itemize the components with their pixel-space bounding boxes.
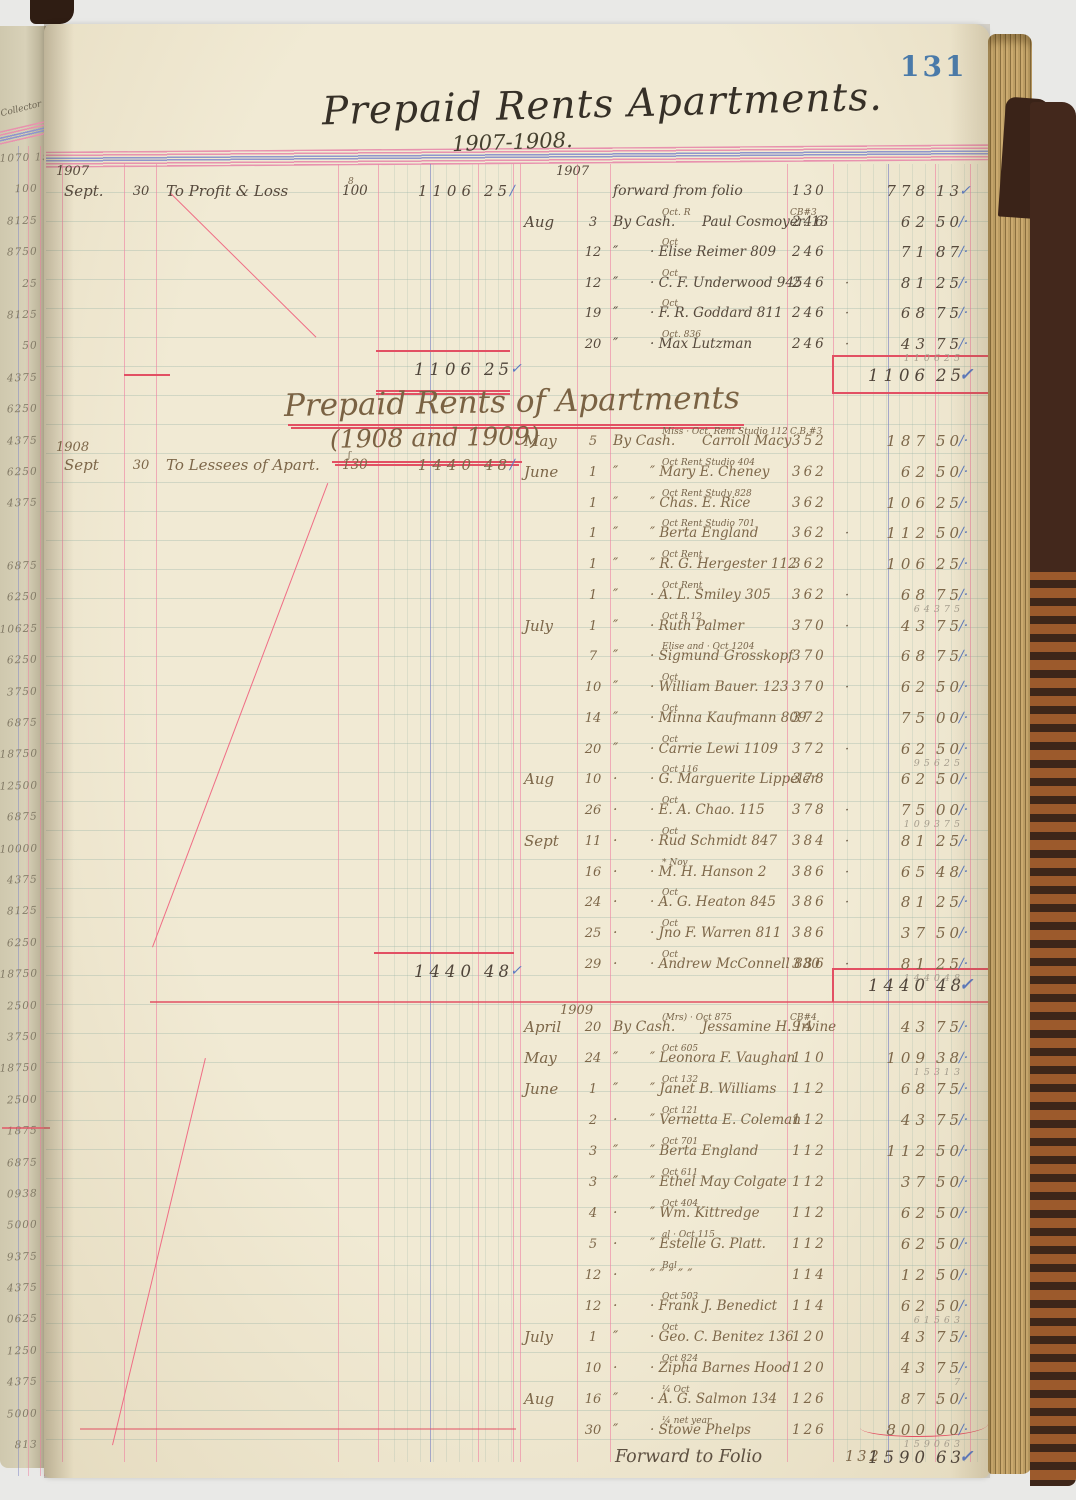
page-number: 131 [900, 50, 967, 83]
ledger-row: 24 · Oct · A. G. Heaton 845 386 · 81 25 … [0, 893, 1076, 924]
ledger-photo: Collector No. 1070 151008125875025812550… [0, 0, 1076, 1500]
credit-entries-1909: April 20 By Cash. (Mrs) · Oct 875 CB#4 J… [0, 1018, 1076, 1452]
pencil-running-total: 7 [856, 1375, 964, 1390]
entry-month: Aug [524, 1392, 578, 1407]
entry-day: 1 [580, 1082, 606, 1097]
check-mark: ✓ [959, 978, 985, 993]
amount-dollars: 68 [856, 1082, 930, 1097]
ledger-row: 1 ″ Oct Rent Study 828 ″ Chas. E. Rice 3… [0, 494, 1076, 525]
entry-folio-ref: 246 [792, 276, 832, 291]
amount-dollars: 68 [856, 588, 930, 603]
entry-by: · [613, 1237, 617, 1252]
ledger-row: 1 ″ Oct Rent · A. L. Smiley 305 362 · 68… [0, 586, 1076, 617]
entry-folio-ref: 362 [792, 557, 832, 572]
amount-dollars: 75 [856, 803, 930, 818]
ledger-row: 10 · Oct 824 · Zipha Barnes Hood 120 43 … [0, 1359, 1076, 1390]
entry-by: · [613, 1113, 617, 1128]
entry-day: 30 [580, 1423, 606, 1438]
check-mark: ∕· [959, 1082, 985, 1097]
entry-day: 20 [580, 1020, 606, 1035]
ledger-row: 1440 48 ✓ [0, 976, 1076, 1007]
amount-dollars: 81 [856, 276, 930, 291]
entry-folio-ref: 94 [792, 1020, 832, 1035]
check-mark: ∕· [959, 306, 985, 321]
entry-name: · E. A. Chao. 115 [650, 803, 765, 818]
amount-dollars: 71 [856, 245, 930, 260]
check-mark: ∕· [959, 557, 985, 572]
entry-month: May [524, 1051, 578, 1066]
entry-name: · F. R. Goddard 811 [650, 306, 783, 321]
ledger-row: Aug 16 ″ ¼ Oct · A. G. Salmon 134 126 87… [0, 1390, 1076, 1421]
check-mark: ∕· [959, 434, 985, 449]
check-mark: ∕· [959, 337, 985, 352]
entry-name: · Frank J. Benedict [650, 1299, 777, 1314]
amount-dollars: 112 [856, 526, 930, 541]
entry-folio-ref: 110 [792, 1051, 832, 1066]
entry-by: · [613, 803, 617, 818]
check-mark: ∕· [959, 803, 985, 818]
entry-by: ″ [613, 276, 618, 291]
amount-dollars: 43 [856, 337, 930, 352]
pencil-running-total: 109375 [856, 817, 964, 832]
ledger-row: forward from folio 130 778 13 ✓ [0, 182, 1076, 213]
entry-folio-ref: 130 [792, 184, 832, 199]
check-mark: ∕· [959, 1020, 985, 1035]
entry-name: ″ R. G. Hergester 112 [650, 557, 797, 572]
entry-folio-ref: 112 [792, 1144, 832, 1159]
entry-folio-ref: 112 [792, 1082, 832, 1097]
entry-day: 5 [580, 434, 606, 449]
check-mark: ∕· [959, 526, 985, 541]
entry-month: Aug [524, 772, 578, 787]
entry-day: 3 [580, 1144, 606, 1159]
entry-day: 16 [580, 1392, 606, 1407]
ledger-row: 1 ″ Oct Rent Studio 701 ″ Berta England … [0, 524, 1076, 555]
check-mark: ✓ [959, 184, 985, 199]
ledger-row: May 5 By Cash. Miss · Oct. Rent Studio 1… [0, 432, 1076, 463]
entry-folio-ref: 372 [792, 711, 832, 726]
entry-day: 26 [580, 803, 606, 818]
ledger-row: 12 ″ Oct · Elise Reimer 809 246 71 87 ∕· [0, 243, 1076, 274]
entry-month: July [524, 1330, 578, 1345]
entry-day: 1 [580, 465, 606, 480]
entry-by: ″ [613, 680, 618, 695]
amount-dollars: 1440 [846, 978, 930, 993]
entry-folio-ref: 386 [792, 926, 832, 941]
entry-folio-ref: 386 [792, 895, 832, 910]
amount-dollars: 65 [856, 865, 930, 880]
entry-name: · M. H. Hanson 2 [650, 865, 767, 880]
entry-name: · A. G. Heaton 845 [650, 895, 776, 910]
ledger-row: 3 ″ Oct 701 ″ Berta England 112 112 50 ∕… [0, 1142, 1076, 1173]
forward-row: Forward to Folio 132 1590 63 ✓ [0, 1448, 1076, 1479]
entry-by: ″ [613, 649, 618, 664]
entry-folio-ref: 362 [792, 526, 832, 541]
amount-dollars: 62 [856, 465, 930, 480]
pencil-running-total: 95625 [856, 756, 964, 771]
entry-name: · A. G. Salmon 134 [650, 1392, 777, 1407]
check-mark: ∕· [959, 215, 985, 230]
entry-folio-ref: 112 [792, 1113, 832, 1128]
entry-by: · [613, 772, 617, 787]
check-mark: ∕· [959, 1299, 985, 1314]
ledger-row: 7 ″ Elise and · Oct 1204 · Sigmund Gross… [0, 647, 1076, 678]
ledger-row: 26 · Oct · E. A. Chao. 115 378 · 75 00 ∕… [0, 801, 1076, 832]
entry-name: · Rud Schmidt 847 [650, 834, 777, 849]
entry-month: Aug [524, 215, 578, 230]
check-mark: ∕· [959, 1268, 985, 1283]
ledger-row: 19 ″ Oct · F. R. Goddard 811 246 · 68 75… [0, 304, 1076, 335]
entry-month: Sept [524, 834, 578, 849]
entry-by: forward from folio [613, 184, 743, 199]
ledger-row: Aug 10 · Oct 116 · G. Marguerite Lippele… [0, 770, 1076, 801]
entry-by: ″ [613, 306, 618, 321]
entry-name: ″ Mary E. Cheney [650, 465, 769, 480]
entry-by: ″ [613, 245, 618, 260]
entry-month: June [524, 465, 578, 480]
credit-entries-1907: forward from folio 130 778 13 ✓ Aug 3 By… [0, 182, 1076, 366]
amount-dollars: 106 [856, 557, 930, 572]
entry-month: July [524, 619, 578, 634]
entry-name: ″ Berta England [650, 526, 758, 541]
check-mark: ∕· [959, 834, 985, 849]
ledger-row: Forward to Folio 132 1590 63 ✓ [0, 1448, 1076, 1479]
entry-day: 1 [580, 619, 606, 634]
entry-day: 10 [580, 1361, 606, 1376]
entry-name: · A. L. Smiley 305 [650, 588, 771, 603]
check-mark: ∕· [959, 1175, 985, 1190]
amount-dollars: 1590 [846, 1450, 930, 1465]
entry-by: · [613, 895, 617, 910]
entry-by: · [613, 1299, 617, 1314]
entry-day: 16 [580, 865, 606, 880]
entry-day: 3 [580, 1175, 606, 1190]
entry-folio-ref: 362 [792, 588, 832, 603]
credit-total-1907: 1106 25 ✓ [0, 366, 1076, 397]
entry-folio-ref: 378 [792, 772, 832, 787]
entry-name: · Max Lutzman [650, 337, 752, 352]
entry-folio-ref: 386 [792, 865, 832, 880]
entry-day: 4 [580, 1206, 606, 1221]
check-mark: ∕· [959, 1392, 985, 1407]
pencil-running-total: 15313 [856, 1065, 964, 1080]
entry-by: ″ [613, 1082, 618, 1097]
entry-folio-ref: 112 [792, 1237, 832, 1252]
entry-name: ″ Wm. Kittredge [650, 1206, 760, 1221]
entry-name: · Carrie Lewi 1109 [650, 742, 778, 757]
entry-day: 1 [580, 557, 606, 572]
entry-day: 11 [580, 834, 606, 849]
amount-dollars: 62 [856, 215, 930, 230]
amount-dollars: 43 [856, 1330, 930, 1345]
entry-name: · Jno F. Warren 811 [650, 926, 781, 941]
check-mark: ∕· [959, 772, 985, 787]
ledger-row: 25 · Oct · Jno F. Warren 811 386 37 50 ∕… [0, 924, 1076, 955]
ledger-row: 1106 25 ✓ [0, 366, 1076, 397]
entry-folio-ref: 352 [792, 434, 832, 449]
entry-folio-ref: 246 [792, 245, 832, 260]
check-mark: ∕· [959, 1113, 985, 1128]
ledger-row: July 1 ″ Oct R 12 · Ruth Palmer 370 · 43… [0, 617, 1076, 648]
ledger-row: 4 · Oct 404 ″ Wm. Kittredge 112 62 50 ∕· [0, 1204, 1076, 1235]
entry-folio-ref: 370 [792, 649, 832, 664]
amount-dollars: 62 [856, 1237, 930, 1252]
entry-name: · C. F. Underwood 945 [650, 276, 803, 291]
entry-folio-ref: 362 [792, 465, 832, 480]
entry-day: 3 [580, 215, 606, 230]
entry-by: · [613, 1206, 617, 1221]
entry-folio-ref: 372 [792, 742, 832, 757]
book-spine-top [30, 0, 74, 24]
entry-by: ″ [613, 1175, 618, 1190]
entry-by: · [613, 1361, 617, 1376]
amount-dollars: 12 [856, 1268, 930, 1283]
entry-by: ″ [613, 1144, 618, 1159]
entry-name: ″ Ethel May Colgate [650, 1175, 787, 1190]
check-mark: ∕· [959, 1237, 985, 1252]
ledger-row: June 1 ″ Oct 132 ″ Janet B. Williams 112… [0, 1080, 1076, 1111]
ledger-row: 10 ″ Oct · William Bauer. 123 370 · 62 5… [0, 678, 1076, 709]
entry-by: ″ [613, 1423, 618, 1438]
amount-dollars: 109 [856, 1051, 930, 1066]
entry-folio-ref: 246 [792, 306, 832, 321]
amount-dollars: 81 [856, 895, 930, 910]
year-label: 1907 [56, 164, 89, 179]
entry-name: · Geo. C. Benitez 136 [650, 1330, 794, 1345]
check-mark: ∕· [959, 465, 985, 480]
check-mark: ∕· [959, 926, 985, 941]
amount-dollars: 68 [856, 306, 930, 321]
entry-by: ″ [613, 1051, 618, 1066]
entry-name: ″ Leonora F. Vaughan [650, 1051, 795, 1066]
entry-by: ″ [613, 742, 618, 757]
ledger-row: 12 · Bal ″ ″ ″ ″ ″ 114 12 50 ∕· [0, 1266, 1076, 1297]
ledger-row: 12 · Oct 503 · Frank J. Benedict 114 62 … [0, 1297, 1076, 1328]
entry-day: 12 [580, 245, 606, 260]
entry-name: ″ ″ ″ ″ ″ [650, 1268, 692, 1283]
amount-dollars: 62 [856, 772, 930, 787]
entry-day: 12 [580, 276, 606, 291]
amount-dollars: 112 [856, 1144, 930, 1159]
amount-dollars: 81 [856, 834, 930, 849]
pencil-running-total: 61563 [856, 1313, 964, 1328]
entry-by: Forward to Folio [615, 1450, 762, 1465]
entry-month: June [524, 1082, 578, 1097]
entry-folio-ref: 378 [792, 803, 832, 818]
entry-folio-ref: 112 [792, 1206, 832, 1221]
check-mark: ∕· [959, 496, 985, 511]
entry-folio-ref: 114 [792, 1299, 832, 1314]
amount-dollars: 62 [856, 1299, 930, 1314]
check-mark: ∕· [959, 619, 985, 634]
ledger-row: 5 · al · Oct 115 ″ Estelle G. Platt. 112… [0, 1235, 1076, 1266]
entry-name: ″ Janet B. Williams [650, 1082, 776, 1097]
year-label: 1907 [556, 164, 589, 179]
entry-day: 24 [580, 895, 606, 910]
entry-name: ″ Estelle G. Platt. [650, 1237, 766, 1252]
amount-dollars: 75 [856, 711, 930, 726]
entry-by: ″ [613, 711, 618, 726]
entry-folio-ref: 114 [792, 1268, 832, 1283]
entry-day: 1 [580, 496, 606, 511]
amount-dollars: 778 [856, 184, 930, 199]
ledger-row: 14 ″ Oct · Minna Kaufmann 809 372 75 00 … [0, 709, 1076, 740]
check-mark: ∕· [959, 1330, 985, 1345]
check-mark: ∕· [959, 245, 985, 260]
entry-by: · [613, 834, 617, 849]
entry-day: 5 [580, 1237, 606, 1252]
check-mark: ∕· [959, 1051, 985, 1066]
check-mark: ∕· [959, 649, 985, 664]
check-mark: ∕· [959, 588, 985, 603]
amount-dollars: 87 [856, 1392, 930, 1407]
entry-folio-ref: 126 [792, 1423, 832, 1438]
entry-by: · [613, 926, 617, 941]
amount-dollars: 43 [856, 1361, 930, 1376]
credit-entries-1908: May 5 By Cash. Miss · Oct. Rent Studio 1… [0, 432, 1076, 986]
entry-name: Carroll Macy [702, 434, 791, 449]
ledger-row: Aug 3 By Cash. Oct. R CB#3 Paul Cosmoyer… [0, 213, 1076, 244]
check-mark: ∕· [959, 865, 985, 880]
ledger-row: 16 · * Nov · M. H. Hanson 2 386 · 65 48 … [0, 863, 1076, 894]
check-mark: ∕· [959, 1423, 985, 1438]
ledger-row: 2 · Oct 121 ″ Vernetta E. Coleman 112 43… [0, 1111, 1076, 1142]
entry-folio-ref: 370 [792, 680, 832, 695]
entry-name: · Zipha Barnes Hood [650, 1361, 791, 1376]
entry-by: ″ [613, 619, 618, 634]
check-mark: ∕· [959, 680, 985, 695]
entry-annotation: Oct. R [662, 206, 691, 221]
check-mark: ∕· [959, 1144, 985, 1159]
entry-name: ″ Vernetta E. Coleman [650, 1113, 801, 1128]
entry-by: ″ [613, 588, 618, 603]
check-mark: ✓ [959, 368, 985, 383]
entry-by: ″ [613, 557, 618, 572]
amount-dollars: 43 [856, 1020, 930, 1035]
entry-name: ″ Chas. E. Rice [650, 496, 750, 511]
amount-dollars: 187 [856, 434, 930, 449]
entry-by: · [613, 1268, 617, 1283]
entry-folio-ref: 120 [792, 1361, 832, 1376]
ledger-row: April 20 By Cash. (Mrs) · Oct 875 CB#4 J… [0, 1018, 1076, 1049]
entry-by: ″ [613, 1392, 618, 1407]
entry-day: 20 [580, 742, 606, 757]
entry-day: 20 [580, 337, 606, 352]
entry-folio-ref: 112 [792, 1175, 832, 1190]
entry-folio-ref: 370 [792, 619, 832, 634]
amount-dollars: 43 [856, 1113, 930, 1128]
entry-folio-ref: 246 [792, 337, 832, 352]
entry-month: May [524, 434, 578, 449]
entry-by: ″ [613, 337, 618, 352]
entry-by: ″ [613, 526, 618, 541]
entry-name: · Stowe Phelps [650, 1423, 751, 1438]
entry-day: 1 [580, 1330, 606, 1345]
entry-folio-ref: 126 [792, 1392, 832, 1407]
entry-day: 19 [580, 306, 606, 321]
entry-day: 12 [580, 1299, 606, 1314]
entry-name: · Sigmund Grosskopf [650, 649, 793, 664]
amount-dollars: 800 [856, 1423, 930, 1438]
entry-by: ″ [613, 465, 618, 480]
entry-day: 12 [580, 1268, 606, 1283]
entry-name: · William Bauer. 123 [650, 680, 789, 695]
check-mark: ∕· [959, 742, 985, 757]
entry-folio-ref: 362 [792, 496, 832, 511]
ledger-row: 1 ″ Oct Rent ″ R. G. Hergester 112 362 1… [0, 555, 1076, 586]
entry-day: 2 [580, 1113, 606, 1128]
entry-day: 24 [580, 1051, 606, 1066]
entry-day: 14 [580, 711, 606, 726]
ledger-row: 20 ″ Oct · Carrie Lewi 1109 372 · 62 50 … [0, 740, 1076, 771]
amount-dollars: 1106 [846, 368, 930, 383]
check-mark: ∕· [959, 1361, 985, 1376]
pencil-running-total: 64375 [856, 602, 964, 617]
amount-dollars: 43 [856, 619, 930, 634]
ledger-row: 12 ″ Oct · C. F. Underwood 945 246 · 81 … [0, 274, 1076, 305]
entry-name: · Ruth Palmer [650, 619, 744, 634]
entry-name: · Minna Kaufmann 809 [650, 711, 807, 726]
ledger-row: Sept 11 · Oct · Rud Schmidt 847 384 · 81… [0, 832, 1076, 863]
entry-day: 10 [580, 680, 606, 695]
entry-day: 1 [580, 588, 606, 603]
amount-dollars: 106 [856, 496, 930, 511]
check-mark: ∕· [959, 895, 985, 910]
amount-dollars: 62 [856, 680, 930, 695]
entry-day: 1 [580, 526, 606, 541]
entry-day: 25 [580, 926, 606, 941]
entry-name: ″ Berta England [650, 1144, 758, 1159]
ledger-row: 3 ″ Oct 611 ″ Ethel May Colgate 112 37 5… [0, 1173, 1076, 1204]
entry-by: · [613, 865, 617, 880]
check-mark: ∕· [959, 1206, 985, 1221]
entry-day: 10 [580, 772, 606, 787]
page-subtitle: 1907-1908. [452, 128, 573, 156]
entry-by: ″ [613, 1330, 618, 1345]
check-mark: ∕· [959, 276, 985, 291]
entry-day: 7 [580, 649, 606, 664]
check-mark: ∕· [959, 711, 985, 726]
amount-dollars: 68 [856, 649, 930, 664]
entry-folio-ref: 120 [792, 1330, 832, 1345]
amount-dollars: 62 [856, 742, 930, 757]
entry-folio-ref: 246 [792, 215, 832, 230]
check-mark: ✓ [959, 1450, 985, 1465]
entry-folio-ref: 384 [792, 834, 832, 849]
entry-month: April [524, 1020, 578, 1035]
entry-by: ″ [613, 496, 618, 511]
amount-dollars: 37 [856, 1175, 930, 1190]
amount-dollars: 62 [856, 1206, 930, 1221]
ledger-row: May 24 ″ Oct 605 ″ Leonora F. Vaughan 11… [0, 1049, 1076, 1080]
amount-dollars: 37 [856, 926, 930, 941]
credit-total-1908: 1440 48 ✓ [0, 976, 1076, 1007]
ledger-row: June 1 ″ Oct Rent Studio 404 ″ Mary E. C… [0, 463, 1076, 494]
entry-name: · Elise Reimer 809 [650, 245, 776, 260]
ledger-row: July 1 ″ Oct · Geo. C. Benitez 136 120 4… [0, 1328, 1076, 1359]
